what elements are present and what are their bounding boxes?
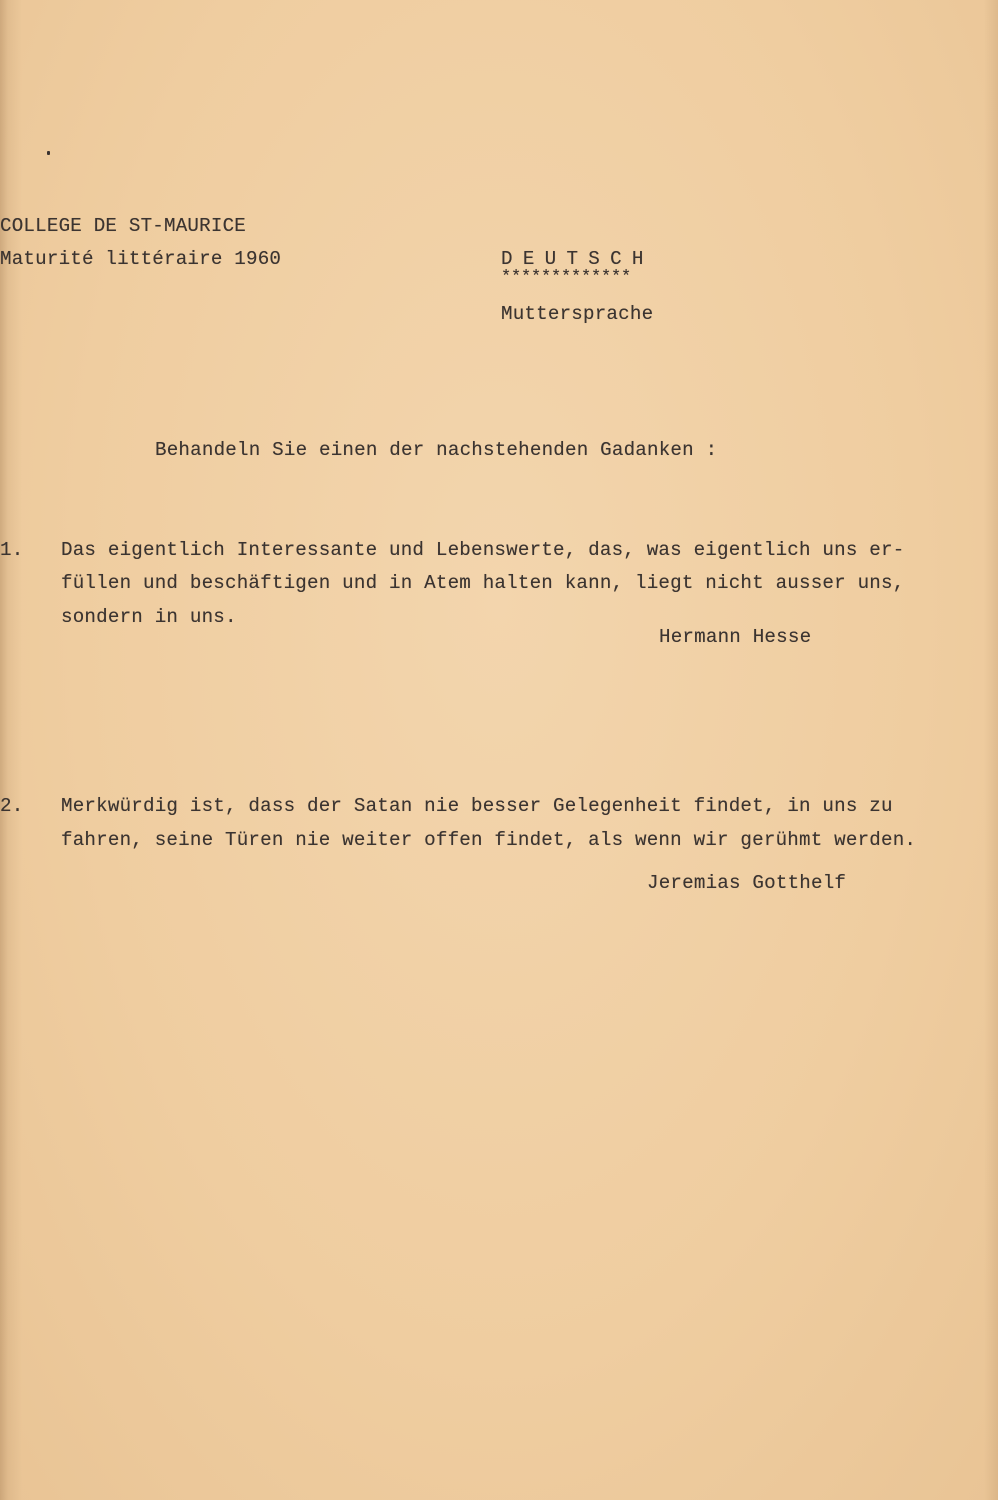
instruction-text: Behandeln Sie einen der nachstehenden Ga… — [155, 439, 717, 461]
topic-line: fahren, seine Türen nie weiter offen fin… — [61, 829, 916, 851]
topic-line: füllen und beschäftigen und in Atem halt… — [61, 572, 904, 594]
topic-number: 2. — [0, 795, 23, 817]
exam-title: Maturité littéraire 1960 — [0, 248, 281, 270]
topic-author: Hermann Hesse — [659, 626, 811, 648]
topic-author: Jeremias Gotthelf — [647, 872, 846, 894]
ink-speck — [47, 151, 50, 155]
subject-underline: ************* — [501, 267, 631, 289]
topic-line: Merkwürdig ist, dass der Satan nie besse… — [61, 795, 893, 817]
topic-number: 1. — [0, 539, 23, 561]
exam-sheet: COLLEGE DE ST-MAURICE Maturité littérair… — [0, 0, 998, 1500]
topic-line: sondern in uns. — [61, 606, 237, 628]
topic-line: Das eigentlich Interessante und Lebenswe… — [61, 539, 904, 561]
institution-name: COLLEGE DE ST-MAURICE — [0, 215, 246, 237]
subject-subtitle: Muttersprache — [501, 303, 653, 325]
